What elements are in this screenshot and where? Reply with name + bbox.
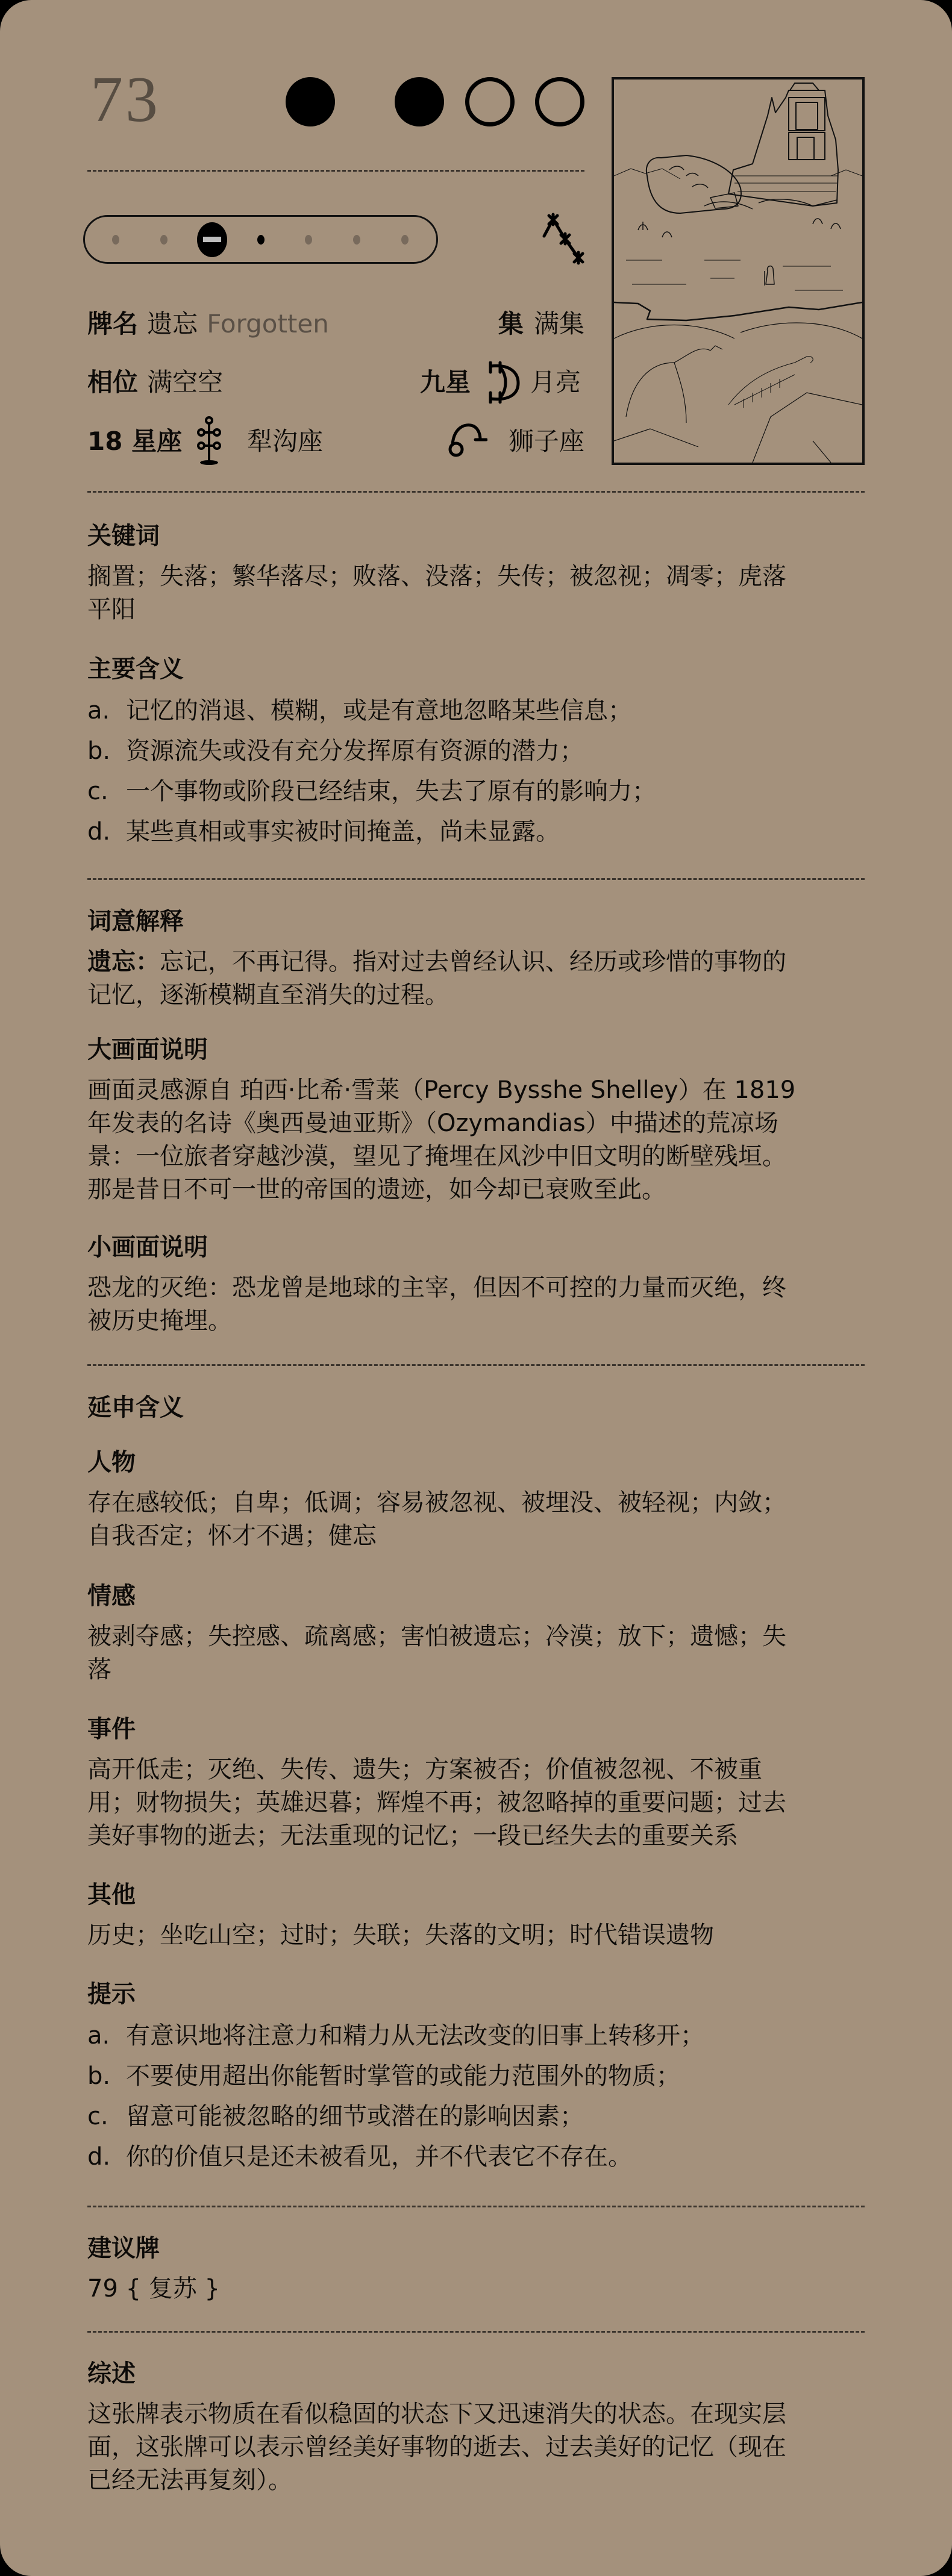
other-title: 其他 xyxy=(87,1878,877,1912)
tip-item: c.留意可能被忽略的细节或潜在的影响因素； xyxy=(87,2097,877,2137)
word-definition: 忘记，不再记得。指对过去曾经认识、经历或珍惜的事物的 xyxy=(160,948,786,976)
other-subsection: 其他 历史；坐吃山空；过时；失联；失落的文明；时代错误遗物 xyxy=(87,1878,877,1952)
word-definition: 记忆，逐渐模糊直至消失的过程。 xyxy=(87,979,877,1012)
item-marker: c. xyxy=(87,2097,126,2137)
card-name-cn: 遗忘 xyxy=(147,309,198,338)
moon-glyph-icon xyxy=(487,361,523,404)
constellation-label: 18 星座 xyxy=(87,426,182,456)
keywords-title: 关键词 xyxy=(87,519,877,553)
suggested-card-title: 建议牌 xyxy=(87,2231,877,2265)
constellation-value: 犁沟座 xyxy=(247,426,323,456)
card-name-en: Forgotten xyxy=(207,309,329,338)
card-illustration xyxy=(612,77,865,465)
suggested-card-link[interactable]: 79 { 复苏 } xyxy=(87,2272,877,2306)
big-picture-line: 年发表的名诗《奥西曼迪亚斯》（Ozymandias）中描述的荒凉场 xyxy=(87,1107,877,1140)
events-line: 高开低走；灭绝、失传、遗失；方案被否；价值被忽视、不被重 xyxy=(87,1753,877,1786)
zodiac-value: 狮子座 xyxy=(509,426,584,456)
emotion-title: 情感 xyxy=(87,1579,877,1613)
set-value: 满集 xyxy=(534,309,584,338)
moon-phase-filled-icon xyxy=(286,77,335,126)
item-text: 一个事物或阶段已经结束，失去了原有的影响力； xyxy=(126,778,656,805)
item-text: 某些真相或事实被时间掩盖，尚未显露。 xyxy=(126,818,560,846)
planet-row: 九星 xyxy=(420,363,471,399)
other-line: 历史；坐吃山空；过时；失联；失落的文明；时代错误遗物 xyxy=(87,1919,877,1952)
illustration-drawing xyxy=(614,80,862,463)
people-line: 存在感较低；自卑；低调；容易被忽视、被埋没、被轻视；内敛； xyxy=(87,1486,877,1520)
planet-value: 月亮 xyxy=(530,367,581,397)
emotion-subsection: 情感 被剥夺感；失控感、疏离感；害怕被遗忘；冷漠；放下；遗憾；失 落 xyxy=(87,1579,877,1686)
item-text: 你的价值只是还未被看见，并不代表它不存在。 xyxy=(126,2143,632,2171)
aspect-value: 满空空 xyxy=(147,367,223,397)
big-picture-title: 大画面说明 xyxy=(87,1033,877,1067)
suggested-card-section: 建议牌 79 { 复苏 } xyxy=(87,2231,877,2306)
main-meaning-section: 主要含义 a.记忆的消退、模糊，或是有意地忽略某些信息； b.资源流失或没有充分… xyxy=(87,652,877,852)
extended-section: 延申含义 xyxy=(87,1391,877,1424)
planet-label: 九星 xyxy=(420,367,471,397)
item-marker: d. xyxy=(87,812,126,852)
moon-phase-empty-icon xyxy=(535,77,584,126)
events-title: 事件 xyxy=(87,1712,877,1746)
main-meaning-item: d.某些真相或事实被时间掩盖，尚未显露。 xyxy=(87,812,877,852)
item-marker: d. xyxy=(87,2137,126,2177)
emotion-line: 被剥夺感；失控感、疏离感；害怕被遗忘；冷漠；放下；遗憾；失 xyxy=(87,1620,877,1653)
tips-title: 提示 xyxy=(87,1977,877,2011)
events-line: 美好事物的逝去；无法重现的记忆；一段已经失去的重要关系 xyxy=(87,1820,877,1853)
divider xyxy=(87,878,865,880)
word-meaning-section: 词意解释 遗忘：忘记，不再记得。指对过去曾经认识、经历或珍惜的事物的 记忆，逐渐… xyxy=(87,905,877,1012)
card-name-label: 牌名 xyxy=(87,309,138,338)
slider-dot[interactable] xyxy=(305,235,312,245)
summary-section: 综述 这张牌表示物质在看似稳固的状态下又迅速消失的状态。在现实层 面，这张牌可以… xyxy=(87,2357,877,2497)
main-meaning-item: b.资源流失或没有充分发挥原有资源的潜力； xyxy=(87,731,877,772)
people-subsection: 人物 存在感较低；自卑；低调；容易被忽视、被埋没、被轻视；内敛； 自我否定；怀才… xyxy=(87,1445,877,1553)
card-number: 73 xyxy=(90,67,160,133)
summary-title: 综述 xyxy=(87,2357,877,2390)
big-picture-section: 大画面说明 画面灵感源自 珀西·比希·雪莱（Percy Bysshe Shell… xyxy=(87,1033,877,1206)
item-marker: b. xyxy=(87,2056,126,2097)
constellation-icon xyxy=(539,212,587,267)
item-marker: b. xyxy=(87,731,126,772)
item-marker: c. xyxy=(87,772,126,812)
item-text: 有意识地将注意力和精力从无法改变的旧事上转移开； xyxy=(126,2022,704,2050)
tip-item: a.有意识地将注意力和精力从无法改变的旧事上转移开； xyxy=(87,2016,877,2056)
tarot-card-detail: 73 牌名 遗忘 Forgotten 集 满集 相位 满空空 九星 xyxy=(0,0,952,2576)
leo-glyph-icon xyxy=(448,422,487,458)
divider xyxy=(87,491,865,493)
slider-dot[interactable] xyxy=(401,235,409,245)
word-meaning-title: 词意解释 xyxy=(87,905,877,938)
aspect-label: 相位 xyxy=(87,367,138,397)
divider xyxy=(87,2206,865,2207)
item-text: 资源流失或没有充分发挥原有资源的潜力； xyxy=(126,737,584,765)
extended-title: 延申含义 xyxy=(87,1391,877,1424)
item-text: 记忆的消退、模糊，或是有意地忽略某些信息； xyxy=(126,697,632,725)
divider xyxy=(87,170,584,172)
small-picture-section: 小画面说明 恐龙的灭绝：恐龙曾是地球的主宰，但因不可控的力量而灭绝，终 被历史掩… xyxy=(87,1230,877,1338)
small-picture-line: 恐龙的灭绝：恐龙曾是地球的主宰，但因不可控的力量而灭绝，终 xyxy=(87,1271,877,1305)
summary-line: 这张牌表示物质在看似稳固的状态下又迅速消失的状态。在现实层 xyxy=(87,2398,877,2431)
moon-phase-empty-icon xyxy=(465,77,515,126)
slider-dot[interactable] xyxy=(160,235,168,245)
main-meaning-title: 主要含义 xyxy=(87,652,877,686)
big-picture-line: 画面灵感源自 珀西·比希·雪莱（Percy Bysshe Shelley）在 1… xyxy=(87,1074,877,1107)
item-marker: a. xyxy=(87,691,126,731)
divider xyxy=(87,1364,865,1366)
tips-subsection: 提示 a.有意识地将注意力和精力从无法改变的旧事上转移开； b.不要使用超出你能… xyxy=(87,1977,877,2177)
keywords-line: 平阳 xyxy=(87,593,877,626)
set-row: 集 满集 xyxy=(498,304,584,340)
big-picture-line: 景：一位旅者穿越沙漠，望见了掩埋在风沙中旧文明的断壁残垣。 xyxy=(87,1140,877,1173)
events-line: 用；财物损失；英雄迟暮；辉煌不再；被忽略掉的重要问题；过去 xyxy=(87,1786,877,1820)
slider-dot[interactable] xyxy=(112,235,119,245)
keywords-line: 搁置；失落；繁华落尽；败落、没落；失传；被忽视；凋零；虎落 xyxy=(87,560,877,593)
big-picture-line: 那是昔日不可一世的帝国的遗迹，如今却已衰败至此。 xyxy=(87,1173,877,1206)
word-term: 遗忘： xyxy=(87,948,160,976)
set-label: 集 xyxy=(498,309,524,338)
moon-phase-filled-icon xyxy=(395,77,444,126)
main-meaning-item: a.记忆的消退、模糊，或是有意地忽略某些信息； xyxy=(87,691,877,731)
minus-circle-icon[interactable] xyxy=(197,222,227,257)
divider xyxy=(87,2331,865,2333)
slider-dot[interactable] xyxy=(353,235,360,245)
summary-line: 已经无法再复刻）。 xyxy=(87,2464,877,2497)
tip-item: d.你的价值只是还未被看见，并不代表它不存在。 xyxy=(87,2137,877,2177)
slider-dot-marker[interactable] xyxy=(257,235,265,245)
card-name-row: 牌名 遗忘 Forgotten xyxy=(87,304,329,340)
keywords-section: 关键词 搁置；失落；繁华落尽；败落、没落；失传；被忽视；凋零；虎落 平阳 xyxy=(87,519,877,626)
item-marker: a. xyxy=(87,2016,126,2056)
emotion-line: 落 xyxy=(87,1653,877,1686)
item-text: 留意可能被忽略的细节或潜在的影响因素； xyxy=(126,2103,584,2130)
item-text: 不要使用超出你能暂时掌管的或能力范围外的物质； xyxy=(126,2062,680,2090)
tip-item: b.不要使用超出你能暂时掌管的或能力范围外的物质； xyxy=(87,2056,877,2097)
aspect-row: 相位 满空空 xyxy=(87,363,223,399)
constellation-row: 18 星座 xyxy=(87,422,182,458)
small-picture-title: 小画面说明 xyxy=(87,1230,877,1264)
plough-constellation-icon xyxy=(196,416,222,466)
small-picture-line: 被历史掩埋。 xyxy=(87,1305,877,1338)
summary-line: 面，这张牌可以表示曾经美好事物的逝去、过去美好的记忆（现在 xyxy=(87,2431,877,2464)
events-subsection: 事件 高开低走；灭绝、失传、遗失；方案被否；价值被忽视、不被重 用；财物损失；英… xyxy=(87,1712,877,1853)
people-line: 自我否定；怀才不遇；健忘 xyxy=(87,1520,877,1553)
main-meaning-item: c.一个事物或阶段已经结束，失去了原有的影响力； xyxy=(87,772,877,812)
people-title: 人物 xyxy=(87,1445,877,1479)
